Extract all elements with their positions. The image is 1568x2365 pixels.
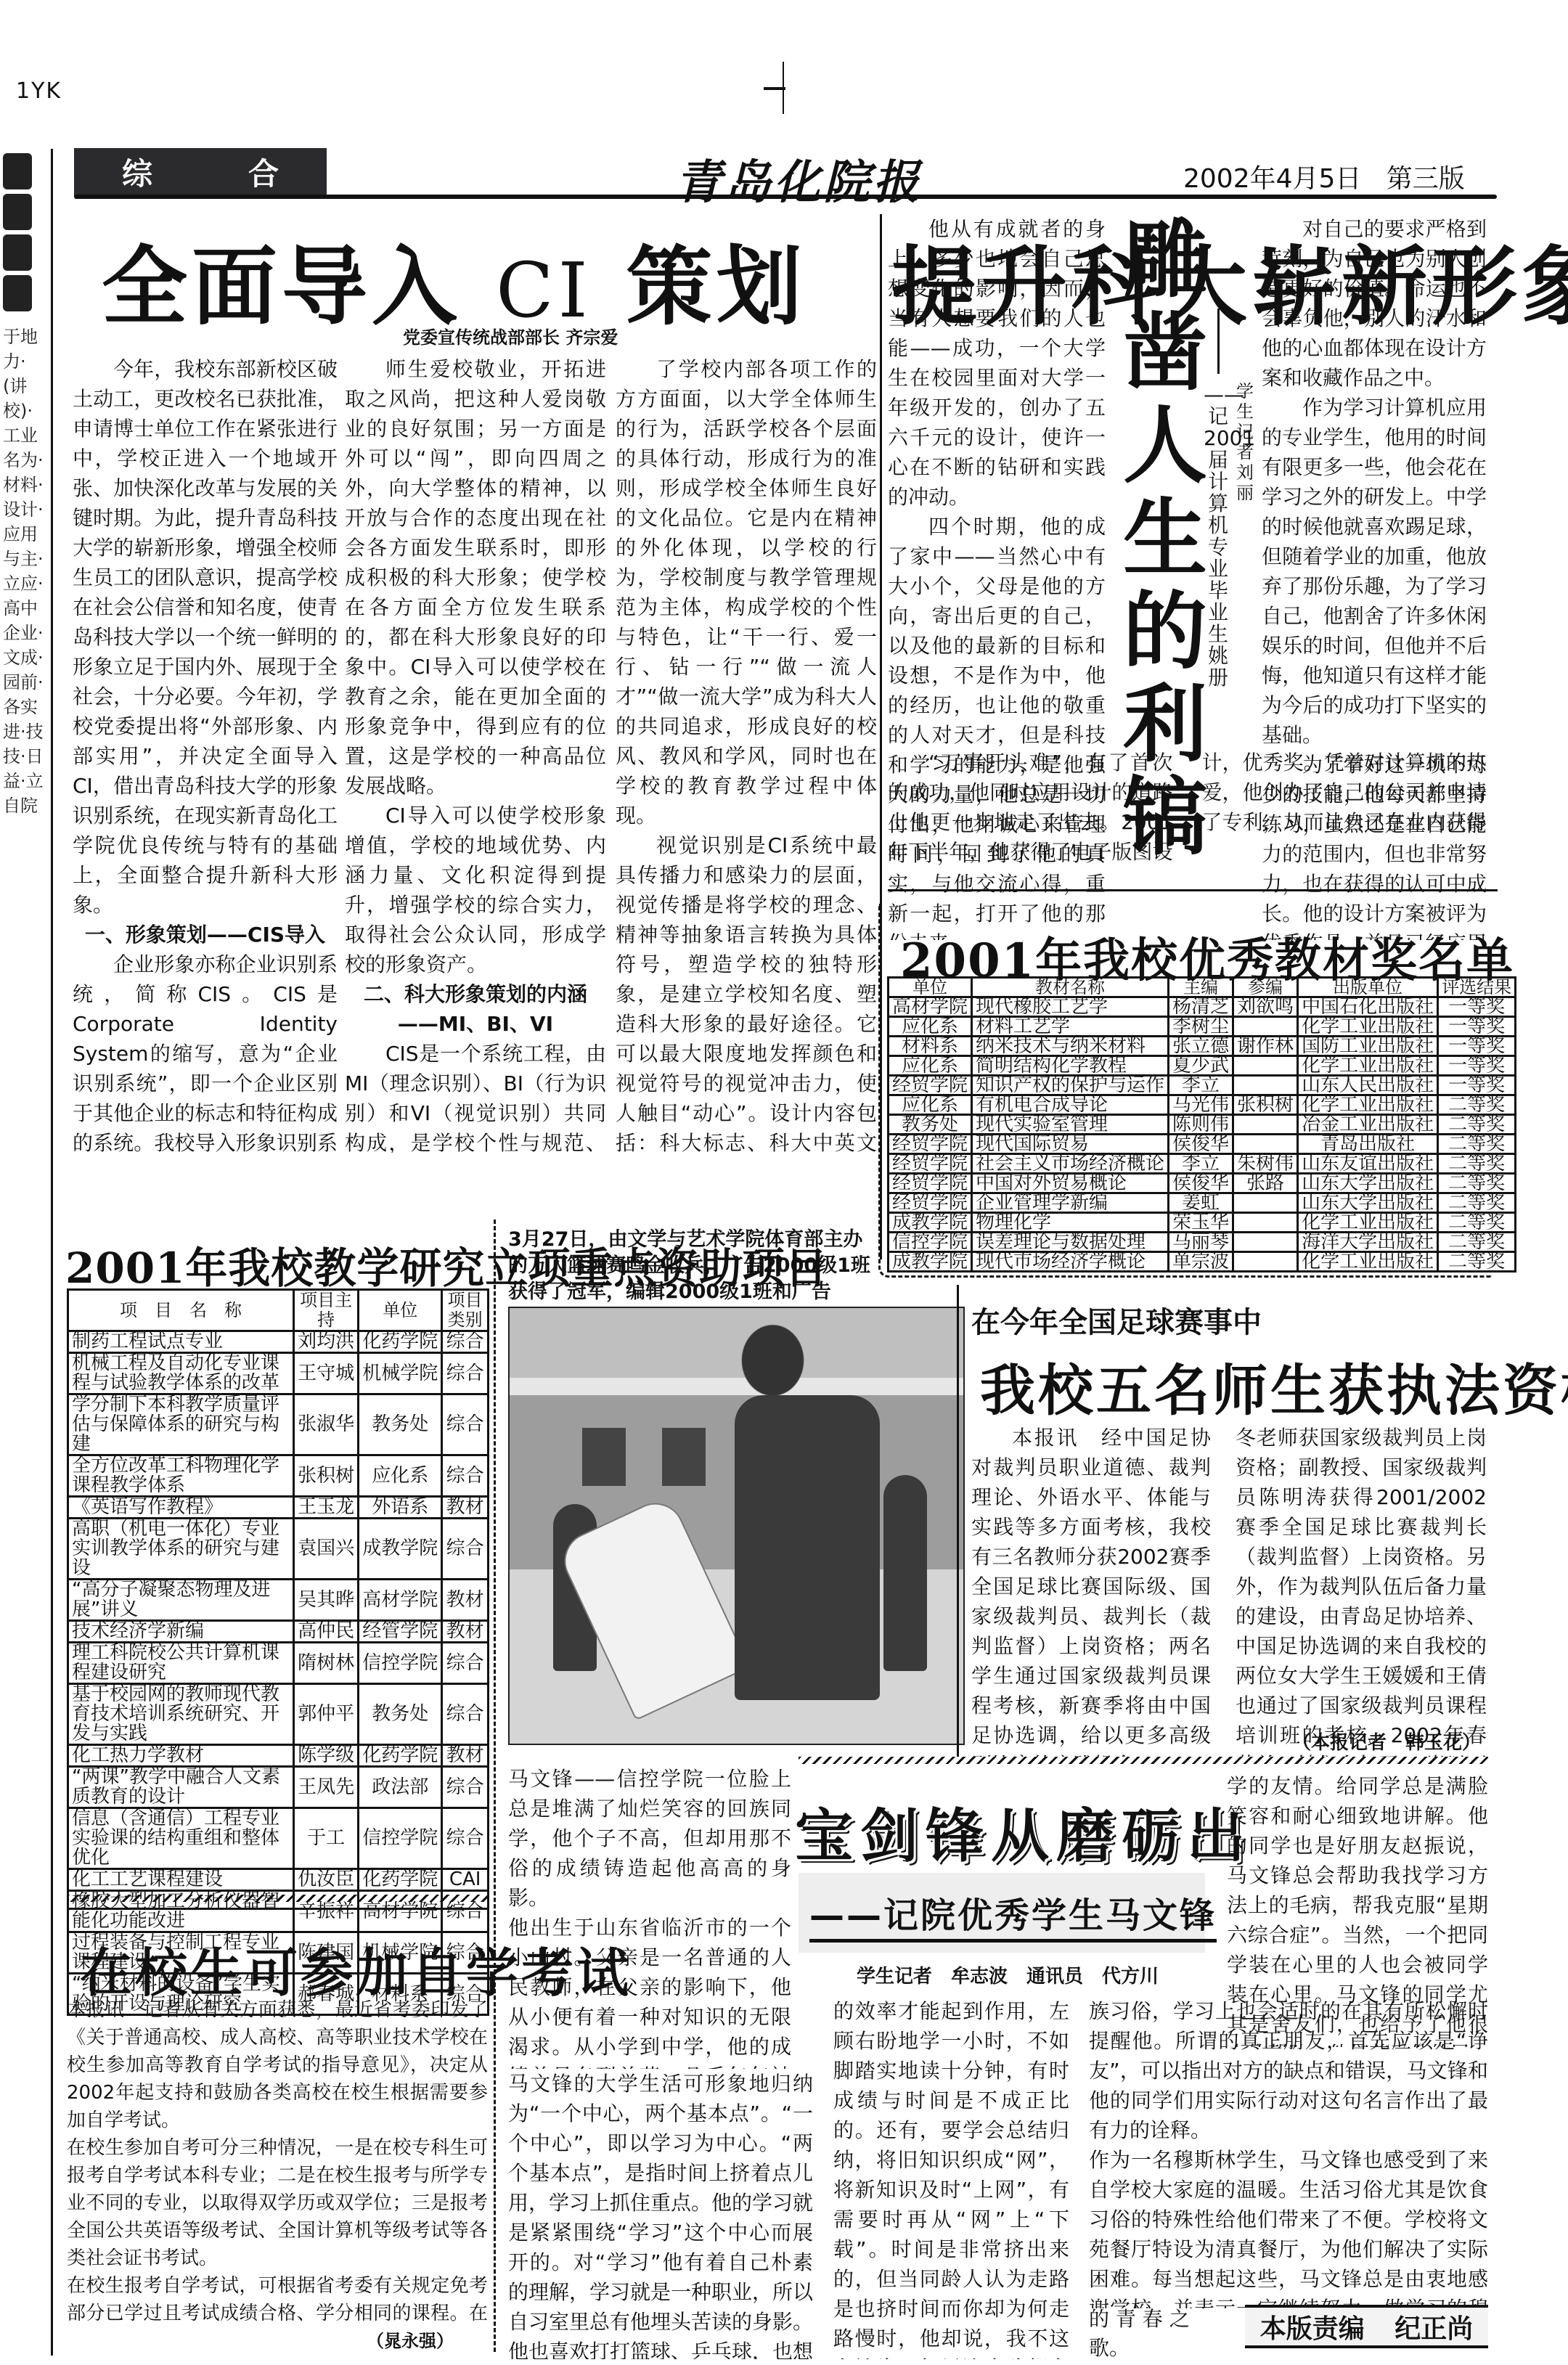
table-cell: 《英语写作教程》 [68,1497,294,1519]
table-cell: 现代橡胶工艺学 [972,997,1169,1017]
registration-mark-bar [764,87,785,90]
table-cell: 二等奖 [1438,1233,1516,1252]
headline-part: 策划 [626,237,807,337]
table-cell: 经贸学院 [889,1135,972,1154]
table-row: 化工工艺课程建设仇汝臣化药学院CAI [68,1869,489,1891]
table-cell: 二等奖 [1438,1115,1516,1135]
table-cell: 综合 [442,1331,489,1353]
table-row: 学分制下本科教学质量评估与保障体系的研究与构建张淑华教务处综合 [68,1394,489,1455]
profile-subtitle: ——记院优秀学生马文锋 [809,1887,1217,1943]
date-text: 2002年4月5日 [1183,164,1361,194]
section-char: 合 [248,150,279,194]
headline-char: 雕 [1122,214,1209,307]
table-cell: 材料工艺学 [972,1017,1169,1037]
issue-date: 2002年4月5日 第三版 [1183,158,1465,195]
table-row: 信控学院误差理论与数据处理马丽琴海洋大学出版社二等奖 [889,1233,1516,1252]
football-article-column-1: 本报讯 经中国足协对裁判员职业道德、裁判理论、外语水平、体能与实践等多方面考核，… [971,1423,1211,1757]
column-header: 教材名称 [972,978,1169,997]
table-row: 材料系纳米技术与纳米材料张立德谢作林国防工业出版社一等奖 [889,1037,1516,1056]
profile-column-2: 的效率才能起到作用，左顾右盼地学一小时，不如脚踏实地读十分钟，有时成绩与时间是不… [833,1996,1069,2359]
table-cell: 化药学院 [359,1331,442,1353]
photo-window [582,1428,626,1486]
table-cell: 综合 [442,1684,489,1745]
page-corner-label: 1YK [16,78,62,104]
table-row: 经贸学院社会主义市场经济概论李立朱树伟山东友谊出版社二等奖 [889,1154,1516,1174]
table-cell: “高分子凝聚态物理及进展”讲义 [68,1580,294,1621]
table-cell [1233,1115,1298,1135]
table-row: 全方位改革工科物理化学课程教学体系张积树应化系综合 [68,1455,489,1497]
table-cell: 经管学院 [359,1621,442,1643]
table-cell: 社会主义市场经济概论 [972,1154,1169,1174]
feature-article-author: 学生记者 刘丽 [1234,381,1256,503]
table-row: 经贸学院现代国际贸易侯俊华青岛出版社二等奖 [889,1135,1516,1154]
table-cell: 侯俊华 [1169,1135,1233,1154]
table-row: 成教学院现代市场经济学概论单宗波化学工业出版社二等奖 [889,1252,1516,1272]
table-cell: 化学工业出版社 [1298,1095,1438,1115]
table-row: 理工科院校公共计算机课程建设研究隋树林信控学院综合 [68,1643,489,1684]
adjacent-headline-block [3,275,32,311]
table-cell: 信控学院 [359,1808,442,1869]
headline-char: 人 [1122,400,1209,493]
headline-part: 全面导入 [102,237,462,337]
table-row: 经贸学院知识产权的保护与运作李立山东人民出版社一等奖 [889,1076,1516,1095]
table-cell: 二等奖 [1438,1174,1516,1193]
feature-article-subtitle: ——记2001届计算机专业毕业生姚册 [1204,309,1233,689]
table-cell: 教务处 [889,1115,972,1135]
profile-headline: 宝剑锋从磨砺出 [795,1789,1252,1873]
column-header: 评选结果 [1438,978,1516,997]
section-char: 综 [122,150,152,194]
table-cell: 陈则伟 [1169,1115,1233,1135]
table-cell: 物理化学 [972,1213,1169,1233]
table-cell: 误差理论与数据处理 [972,1233,1169,1252]
table-cell: 山东大学出版社 [1298,1193,1438,1213]
table-row: 技术经济学新编高仲民经管学院教材 [68,1621,489,1643]
table-cell: 外语系 [359,1497,442,1519]
paragraph: 今年，我校东部新校区破土动工，更改校名已获批准，申请博士单位工作在紧张进行中，学… [73,354,338,920]
profile-intro: 马文锋——信控学院一位脸上总是堆满了灿烂笑容的回族同学，他个子不高，但却用那不俗… [508,1764,791,2069]
table-cell: 综合 [442,1767,489,1808]
table-cell: 一等奖 [1438,1056,1516,1076]
wavy-divider [67,1895,489,1902]
football-article-credit: （本报记者 韩玉花） [1292,1728,1481,1755]
column-header: 参编 [1233,978,1298,997]
table-cell: 应化系 [889,1095,972,1115]
self-study-body: 本报讯 记者从有关方面获悉，最近省考委印发了《关于普通高校、成人高校、高等职业技… [67,1996,488,2330]
adjacent-headline-block [3,234,32,271]
table-row: “高分子凝聚态物理及进展”讲义吴其晔高材学院教材 [68,1580,489,1621]
paragraph: 了学校内部各项工作的方方面面，以大学全体师生的行为，活跃学校各个层面的具体行动，… [616,354,877,830]
table-cell: 张路 [1233,1174,1298,1193]
table-cell: 综合 [442,1519,489,1580]
paragraph: CI导入可以使学校形象增值，学校的地域优势、内涵力量、文化积淀得到提升，增强学校… [345,801,606,979]
headline-part: CI [496,246,592,335]
table-cell: 山东人民出版社 [1298,1076,1438,1095]
column-header: 单位 [889,978,972,997]
table-cell: 仇汝臣 [294,1869,359,1891]
paragraph: 企业形象亦称企业识别系统，简称CIS。CIS是Corporate Identit… [73,949,338,1153]
page-editor-box: 本版责编 纪正尚 [1245,2305,1488,2348]
table-cell: 现代实验室管理 [972,1115,1169,1135]
table-cell: 材料系 [889,1037,972,1056]
profile-column-3: 族习俗，学习上也会适时的在其有所松懈时提醒他。所谓的真正朋友，首先应该是“诤友”… [1089,1996,1488,2308]
ci-article-byline: 党委宣传统战部部长 齐宗爱 [403,323,618,348]
table-row: 机械工程及自动化专业课程与试验教学体系的改革王守城机械学院综合 [68,1353,489,1394]
ci-article-column-2: 师生爱校敬业，开拓进取之风尚，把这种人爱岗敬业的良好氛围；另一方面是外可以“闯”… [345,354,606,1153]
adjacent-page-text: 于地力·(讲校)·工业名为·材料·设计·应用与主·立应·高中企业·文成·园前·各… [3,324,46,818]
table-cell: 基于校园网的教师现代教育技术培训系统研究、开发与实践 [68,1684,294,1745]
table-cell: 王凤先 [294,1767,359,1808]
table-cell: 有机电合成导论 [972,1095,1169,1115]
headline-char: 的 [1122,586,1209,679]
table-cell: 山东大学出版社 [1298,1174,1438,1193]
table-cell [1233,1076,1298,1095]
table-cell: 夏少武 [1169,1056,1233,1076]
table-cell: 信控学院 [359,1643,442,1684]
table-cell: 经贸学院 [889,1193,972,1213]
adjacent-headline-block [3,153,32,189]
feature-article-bottom: “万事开头难”，有了首次的成功，他同时应用设计的道路上他更一步地走了出去。200… [888,748,1487,893]
section-label: 综 合 [74,148,327,196]
table-cell: 技术经济学新编 [68,1621,294,1643]
ci-article-column-3: 了学校内部各项工作的方方面面，以大学全体师生的行为，活跃学校各个层面的具体行动，… [616,354,877,1153]
table-cell: 李立 [1169,1076,1233,1095]
table-cell: 化工热力学教材 [68,1745,294,1767]
table-cell: 化学工业出版社 [1298,1056,1438,1076]
table-cell: 中国对外贸易概论 [972,1174,1169,1193]
table-row: 制药工程试点专业刘均洪化药学院综合 [68,1331,489,1353]
table-cell: 综合 [442,1394,489,1455]
table-cell: 教材 [442,1580,489,1621]
horizontal-divider [67,1908,489,1910]
table-row: 基于校园网的教师现代教育技术培训系统研究、开发与实践郭仲平教务处综合 [68,1684,489,1745]
table-cell: 化药学院 [359,1745,442,1767]
table-cell: 一等奖 [1438,997,1516,1017]
table-cell: 李立 [1169,1154,1233,1174]
table-cell: 隋树林 [294,1643,359,1684]
paragraph: 对自己的要求严格到苛刻，为自己也为别人创造更好的价值。命运也不会辜负他，别人的汗… [1262,214,1487,393]
table-cell: 中国石化出版社 [1298,997,1438,1017]
table-cell: 简明结构化学教程 [972,1056,1169,1076]
table-cell: 荣玉华 [1169,1213,1233,1233]
table-cell: 袁国兴 [294,1519,359,1580]
column-header: 项目类别 [442,1290,489,1331]
newspaper-masthead: 青岛化院报 [675,145,922,212]
table-cell: 一等奖 [1438,1017,1516,1037]
table-cell [1233,1213,1298,1233]
paragraph: 他从有成就者的身上，多少也地会自己思想变化的影响，因而，当有人想要我们的人也能—… [888,214,1106,512]
table-cell: 成教学院 [889,1213,972,1233]
editor-label: 本版责编 [1260,2308,1365,2345]
ci-article-column-1: 今年，我校东部新校区破土动工，更改校名已获批准，申请博士单位工作在紧张进行中，学… [73,354,338,1153]
table-cell: 教材 [442,1745,489,1767]
table-cell: 王守城 [294,1353,359,1394]
table-cell: 教材 [442,1497,489,1519]
subheading: 二、科大形象策划的内涵——MI、BI、VI [345,979,606,1039]
table-row: 应化系材料工艺学李树尘化学工业出版社一等奖 [889,1017,1516,1037]
table-cell: 二等奖 [1438,1213,1516,1233]
paragraph: CIS是一个系统工程，由MI（理念识别）、BI（行为识别）和VI（视觉识别）共同… [345,1039,606,1153]
table-cell: 教务处 [359,1394,442,1455]
table-cell: 姜虹 [1169,1193,1233,1213]
adjacent-page-strip: 于地力·(讲校)·工业名为·材料·设计·应用与主·立应·高中企业·文成·园前·各… [0,149,53,2356]
column-header: 项 目 名 称 [68,1290,294,1331]
column-header: 主编 [1169,978,1233,997]
table-cell: 刘均洪 [294,1331,359,1353]
subtitle-dash [1217,309,1220,374]
table-cell: 经贸学院 [889,1174,972,1193]
table-cell: 马光伟 [1169,1095,1233,1115]
column-header: 出版单位 [1298,978,1438,997]
self-study-headline: 在校生可参加自学考试 [80,1931,632,2006]
table-cell: 高材学院 [359,1580,442,1621]
table-cell: 一等奖 [1438,1037,1516,1056]
table-cell: 山东友谊出版社 [1298,1154,1438,1174]
table-cell: 化药学院 [359,1869,442,1891]
table-cell: 国防工业出版社 [1298,1037,1438,1056]
table-cell: 二等奖 [1438,1252,1516,1272]
table-cell: 化学工业出版社 [1298,1252,1438,1272]
basketball-photo [508,1307,965,1745]
table-cell: 纳米技术与纳米材料 [972,1037,1169,1056]
table-cell: 应化系 [889,1056,972,1076]
table-cell: 学分制下本科教学质量评估与保障体系的研究与构建 [68,1394,294,1455]
column-divider [957,1285,959,1757]
table-cell [1233,1252,1298,1272]
subheading: 一、形象策划——CIS导入 [73,920,338,949]
table-cell: 信控学院 [889,1233,972,1252]
table-cell: 李树尘 [1169,1017,1233,1037]
table-cell [1233,1193,1298,1213]
table-cell: 知识产权的保护与运作 [972,1076,1169,1095]
table-cell: 陈学级 [294,1745,359,1767]
table-row: 应化系简明结构化学教程夏少武化学工业出版社一等奖 [889,1056,1516,1076]
column-header: 单位 [359,1290,442,1331]
table-cell: 全方位改革工科物理化学课程教学体系 [68,1455,294,1497]
table-cell: 现代市场经济学概论 [972,1252,1169,1272]
table-cell: 谢作林 [1233,1037,1298,1056]
research-projects-table: 项 目 名 称 项目主持 单位 项目类别 制药工程试点专业刘均洪化药学院综合机械… [67,1288,489,2016]
table-cell: 经贸学院 [889,1076,972,1095]
table-cell: 海洋大学出版社 [1298,1233,1438,1252]
table-cell: 王玉龙 [294,1497,359,1519]
table-cell: 企业管理学新编 [972,1193,1169,1213]
dashed-frame [494,1220,496,2352]
table-cell: 于工 [294,1808,359,1869]
table-cell [1233,1233,1298,1252]
headline-char: 凿 [1122,307,1209,400]
football-article-kicker: 在今年全国足球赛事中 [971,1299,1262,1341]
paragraph: “万事开头难”，有了首次的成功，他同时应用设计的道路上他更一步地走了出去。200… [888,748,1487,893]
table-cell: 冶金工业出版社 [1298,1115,1438,1135]
table-cell: 经贸学院 [889,1154,972,1174]
paragraph: 作为学习计算机应用的专业学生，他用的时间有限更多一些，他会花在学习之外的研发上。… [1262,393,1487,750]
table-row: 《英语写作教程》王玉龙外语系教材 [68,1497,489,1519]
table-cell: 郭仲平 [294,1684,359,1745]
photo-spectator [883,1475,927,1671]
paragraph: 视觉识别是CI系统中最具传播力和感染力的层面，视觉传播是将学校的理念、精神等抽象… [616,830,877,1153]
table-cell: 制药工程试点专业 [68,1331,294,1353]
table-cell: 成教学院 [889,1252,972,1272]
table-cell: 机械学院 [359,1353,442,1394]
table-row: 经贸学院企业管理学新编姜虹山东大学出版社二等奖 [889,1193,1516,1213]
table-cell: 张立德 [1169,1037,1233,1056]
headline-char: 生 [1122,493,1209,586]
table-cell: 张积树 [1233,1095,1298,1115]
table-cell: 应化系 [889,1017,972,1037]
table-row: 化工热力学教材陈学级化药学院教材 [68,1745,489,1767]
table-cell: 二等奖 [1438,1135,1516,1154]
table-cell: 综合 [442,1808,489,1869]
table-cell: 青岛出版社 [1298,1135,1438,1154]
table-cell: 成教学院 [359,1519,442,1580]
profile-closing-line: 的 青 春 之 歌。 [1089,2305,1212,2363]
table-row: 成教学院物理化学荣玉华化学工业出版社二等奖 [889,1213,1516,1233]
table-cell: 应化系 [359,1455,442,1497]
table-header-row: 单位 教材名称 主编 参编 出版单位 评选结果 [889,978,1516,997]
table-cell: 杨清芝 [1169,997,1233,1017]
table-cell: 高材学院 [889,997,972,1017]
page-number: 第三版 [1387,164,1465,194]
table-cell: 机械工程及自动化专业课程与试验教学体系的改革 [68,1353,294,1394]
header-divider [74,195,1497,199]
table-row: 教务处现代实验室管理陈则伟冶金工业出版社二等奖 [889,1115,1516,1135]
table-cell: 二等奖 [1438,1095,1516,1115]
table-cell: 一等奖 [1438,1076,1516,1095]
table-cell: 马丽琴 [1169,1233,1233,1252]
table-cell: 张积树 [294,1455,359,1497]
table-header-row: 项 目 名 称 项目主持 单位 项目类别 [68,1290,489,1331]
section-divider [888,889,1498,891]
table-cell: 信息（含通信）工程专业实验课的结构重组和整体优化 [68,1808,294,1869]
table-cell: 高职（机电一体化）专业实训教学体系的研究与建设 [68,1519,294,1580]
table-cell: 综合 [442,1353,489,1394]
table-cell: 朱树伟 [1233,1154,1298,1174]
table-cell: 化工工艺课程建设 [68,1869,294,1891]
adjacent-headline-block [3,194,32,230]
table-cell: 化学工业出版社 [1298,1017,1438,1037]
profile-column-1: 马文锋的大学生活可形象地归纳为“一个中心，两个基本点”。“一个中心”，即以学习为… [508,2069,813,2359]
photo-player-dark [735,1395,880,1700]
table-cell: CAI [442,1869,489,1891]
table-cell: 综合 [442,1455,489,1497]
table-cell: “两课”教学中融合人文素质教育的设计 [68,1767,294,1808]
table-cell: 理工科院校公共计算机课程建设研究 [68,1643,294,1684]
photo-window [662,1428,706,1486]
table-cell: 张淑华 [294,1394,359,1455]
table-cell: 刘欲鸣 [1233,997,1298,1017]
table-cell: 侯俊华 [1169,1174,1233,1193]
table-cell: 教务处 [359,1684,442,1745]
paragraph: 师生爱校敬业，开拓进取之风尚，把这种人爱岗敬业的良好氛围；另一方面是外可以“闯”… [345,354,606,801]
column-header: 项目主持 [294,1290,359,1331]
award-table: 单位 教材名称 主编 参编 出版单位 评选结果 高材学院现代橡胶工艺学杨清芝刘欲… [887,976,1516,1273]
table-cell: 高仲民 [294,1621,359,1643]
table-cell [1233,1135,1298,1154]
table-row: 应化系有机电合成导论马光伟张积树化学工业出版社二等奖 [889,1095,1516,1115]
table-cell: 现代国际贸易 [972,1135,1169,1154]
table-row: 高材学院现代橡胶工艺学杨清芝刘欲鸣中国石化出版社一等奖 [889,997,1516,1017]
editor-name: 纪正尚 [1395,2308,1473,2345]
table-cell: 单宗波 [1169,1252,1233,1272]
table-cell: 教材 [442,1621,489,1643]
table-cell: 政法部 [359,1767,442,1808]
table-cell: 二等奖 [1438,1193,1516,1213]
self-study-credit: （晁永强） [367,2327,454,2352]
table-cell: 综合 [442,1643,489,1684]
profile-byline: 学生记者 牟志波 通讯员 代方川 [857,1961,1159,1988]
table-row: 经贸学院中国对外贸易概论侯俊华张路山东大学出版社二等奖 [889,1174,1516,1193]
table-cell: 二等奖 [1438,1154,1516,1174]
football-article-headline: 我校五名师生获执法资格 [980,1347,1568,1426]
table-cell [1233,1017,1298,1037]
table-row: 信息（含通信）工程专业实验课的结构重组和整体优化于工信控学院综合 [68,1808,489,1869]
wavy-divider [799,1757,1488,1764]
table-cell [1233,1056,1298,1076]
football-article-column-2: 冬老师获国家级裁判员上岗资格；副教授、国家级裁判员陈明涛获得2001/2002赛… [1236,1423,1487,1757]
table-cell: 化学工业出版社 [1298,1213,1438,1233]
table-row: “两课”教学中融合人文素质教育的设计王凤先政法部综合 [68,1767,489,1808]
table-cell: 吴其晔 [294,1580,359,1621]
table-row: 高职（机电一体化）专业实训教学体系的研究与建设袁国兴成教学院综合 [68,1519,489,1580]
